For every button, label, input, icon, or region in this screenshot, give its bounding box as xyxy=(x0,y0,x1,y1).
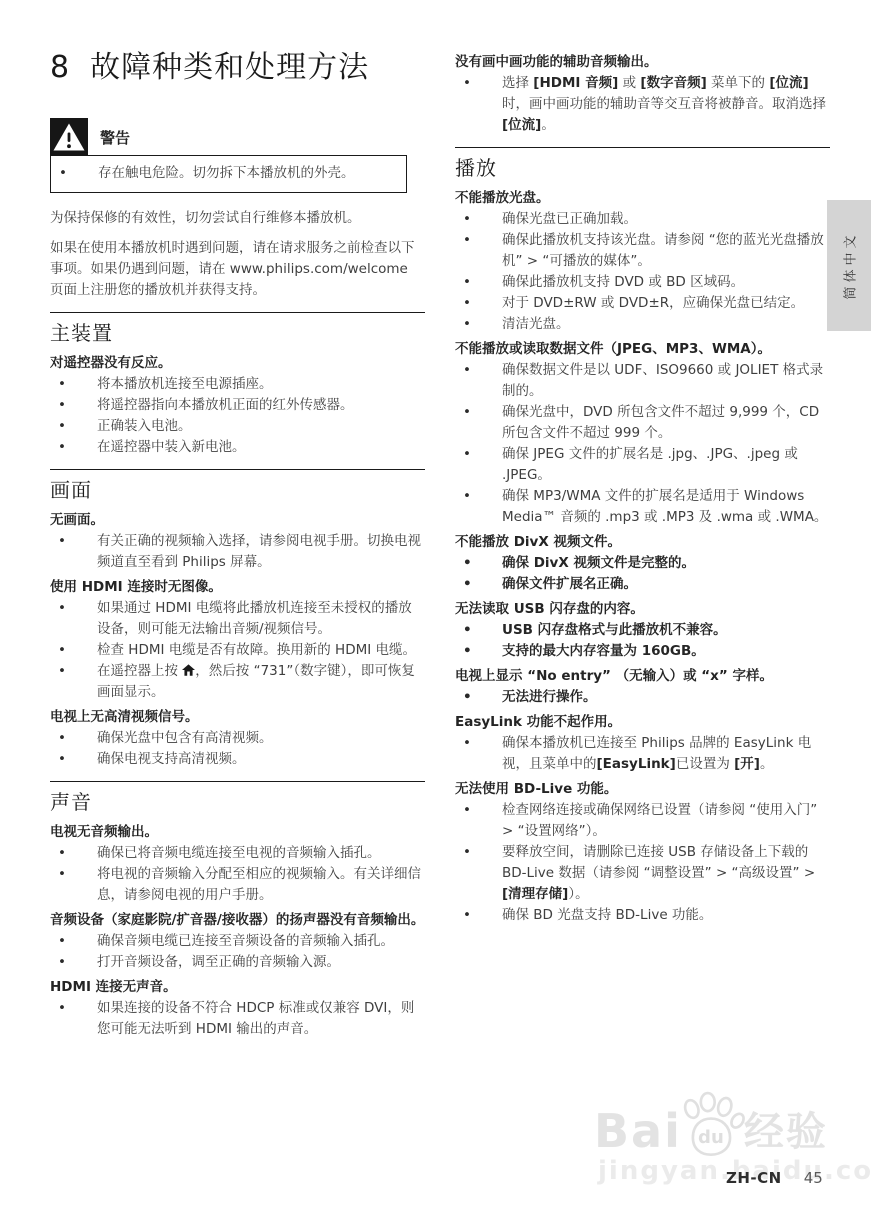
bullet-text: 将本播放机连接至电源插座。 xyxy=(97,376,273,392)
warning-box: 警告 • 存在触电危险。切勿拆下本播放机的外壳。 xyxy=(50,118,407,193)
solution-bullet: •无法进行操作。 xyxy=(455,687,830,708)
warning-item: • 存在触电危险。切勿拆下本播放机的外壳。 xyxy=(51,163,396,184)
warning-body: • 存在触电危险。切勿拆下本播放机的外壳。 xyxy=(50,155,407,193)
solution-bullet: •将电视的音频输入分配至相应的视频输入。有关详细信息，请参阅电视的用户手册。 xyxy=(50,864,425,906)
bullet-marker: • xyxy=(463,574,472,595)
solution-bullet: •如果连接的设备不符合 HDCP 标准或仅兼容 DVI，则您可能无法听到 HDM… xyxy=(50,998,425,1040)
bullet-text: 确保光盘中，DVD 所包含文件不超过 9,999 个，CD 所包含文件不超过 9… xyxy=(502,404,819,441)
bullet-marker: • xyxy=(463,733,471,754)
problem-statement: 无法读取 USB 闪存盘的内容。 xyxy=(455,599,830,620)
bullet-text: 检查网络连接或确保网络已设置（请参阅 “使用入门” > “设置网络”）。 xyxy=(502,802,817,839)
solution-bullet: •如果通过 HDMI 电缆将此播放机连接至未授权的播放设备，则可能无法输出音频/… xyxy=(50,598,425,640)
intro-paragraph: 如果在使用本播放机时遇到问题，请在请求服务之前检查以下事项。如果仍遇到问题，请在… xyxy=(50,238,425,301)
bullet-text: 确保 DivX 视频文件是完整的。 xyxy=(502,555,695,571)
bullet-marker: • xyxy=(58,374,66,395)
home-icon xyxy=(182,663,195,679)
solution-bullet: •有关正确的视频输入选择，请参阅电视手册。切换电视频道直至看到 Philips … xyxy=(50,531,425,573)
intro-paragraph: 为保持保修的有效性，切勿尝试自行维修本播放机。 xyxy=(50,208,425,229)
solution-bullet: •确保此播放机支持该光盘。请参阅 “您的蓝光光盘播放机” > “可播放的媒体”。 xyxy=(455,230,830,272)
solution-bullet: •确保数据文件是以 UDF、ISO9660 或 JOLIET 格式录制的。 xyxy=(455,360,830,402)
problem-statement: 使用 HDMI 连接时无图像。 xyxy=(50,577,425,598)
bullet-text: 确保此播放机支持该光盘。请参阅 “您的蓝光光盘播放机” > “可播放的媒体”。 xyxy=(502,232,824,269)
bullet-text: 有关正确的视频输入选择，请参阅电视手册。切换电视频道直至看到 Philips 屏… xyxy=(97,533,421,570)
warning-triangle-icon xyxy=(50,118,88,156)
solution-bullet: •要释放空间，请删除已连接 USB 存储设备上下载的 BD-Live 数据（请参… xyxy=(455,842,830,905)
bullet-text: 确保音频电缆已连接至音频设备的音频输入插孔。 xyxy=(97,933,394,949)
solution-bullet: •在遥控器中装入新电池。 xyxy=(50,437,425,458)
bullet-text: 支持的最大内存容量为 160GB。 xyxy=(502,643,705,659)
left-column-blocks: 主装置对遥控器没有反应。•将本播放机连接至电源插座。•将遥控器指向本播放机正面的… xyxy=(50,312,425,1040)
bullet-text: USB 闪存盘格式与此播放机不兼容。 xyxy=(502,622,727,638)
bullet-marker: • xyxy=(58,395,66,416)
solution-bullet: •检查 HDMI 电缆是否有故障。换用新的 HDMI 电缆。 xyxy=(50,640,425,661)
bullet-text: 确保电视支持高清视频。 xyxy=(97,751,246,767)
section-heading: 画面 xyxy=(50,469,425,503)
solution-bullet: •确保光盘中包含有高清视频。 xyxy=(50,728,425,749)
problem-statement: 没有画中画功能的辅助音频输出。 xyxy=(455,52,830,73)
problem-statement: 无法使用 BD-Live 功能。 xyxy=(455,779,830,800)
bullet-text: 如果连接的设备不符合 HDCP 标准或仅兼容 DVI，则您可能无法听到 HDMI… xyxy=(97,1000,414,1037)
solution-bullet: •确保音频电缆已连接至音频设备的音频输入插孔。 xyxy=(50,931,425,952)
problem-statement: 电视无音频输出。 xyxy=(50,822,425,843)
bullet-marker: • xyxy=(463,444,471,465)
solution-bullet: •将遥控器指向本播放机正面的红外传感器。 xyxy=(50,395,425,416)
solution-bullet: •确保此播放机支持 DVD 或 BD 区域码。 xyxy=(455,272,830,293)
solution-bullet: •打开音频设备，调至正确的音频输入源。 xyxy=(50,952,425,973)
bullet-text: 将遥控器指向本播放机正面的红外传感器。 xyxy=(97,397,354,413)
problem-statement: 不能播放或读取数据文件（JPEG、MP3、WMA）。 xyxy=(455,339,830,360)
bullet-text: 确保已将音频电缆连接至电视的音频输入插孔。 xyxy=(97,845,381,861)
solution-bullet: •确保已将音频电缆连接至电视的音频输入插孔。 xyxy=(50,843,425,864)
warning-header: 警告 xyxy=(50,118,407,156)
language-tab-label: 简体中文 xyxy=(840,231,859,299)
bullet-text: 确保光盘中包含有高清视频。 xyxy=(97,730,273,746)
bullet-marker: • xyxy=(58,952,66,973)
warning-item-text: 存在触电危险。切勿拆下本播放机的外壳。 xyxy=(98,165,355,181)
bullet-marker: • xyxy=(58,931,66,952)
bullet-text: 在遥控器中装入新电池。 xyxy=(97,439,246,455)
bullet-marker: • xyxy=(463,73,471,94)
bullet-text: 确保本播放机已连接至 Philips 品牌的 EasyLink 电视，且菜单中的… xyxy=(502,735,811,772)
bullet-marker: • xyxy=(463,272,471,293)
chapter-title: 故障种类和处理方法 xyxy=(90,48,369,88)
section-heading: 播放 xyxy=(455,147,830,181)
svg-text:du: du xyxy=(698,1127,724,1148)
bullet-marker: • xyxy=(463,360,471,381)
bullet-marker: • xyxy=(463,293,471,314)
bullet-text: 确保数据文件是以 UDF、ISO9660 或 JOLIET 格式录制的。 xyxy=(502,362,823,399)
right-column-blocks: 没有画中画功能的辅助音频输出。•选择 [HDMI 音频] 或 [数字音频] 菜单… xyxy=(455,52,830,926)
bullet-marker: • xyxy=(463,486,471,507)
problem-statement: 电视上显示 “No entry” （无输入）或 “x” 字样。 xyxy=(455,666,830,687)
bullet-text: 确保文件扩展名正确。 xyxy=(502,576,637,592)
page-footer: ZH-CN 45 xyxy=(726,1169,823,1187)
bullet-marker: • xyxy=(58,843,66,864)
paw-icon: du xyxy=(678,1090,746,1162)
bullet-marker: • xyxy=(58,728,66,749)
solution-bullet: •USB 闪存盘格式与此播放机不兼容。 xyxy=(455,620,830,641)
bullet-text: 确保光盘已正确加载。 xyxy=(502,211,637,227)
bullet-marker: • xyxy=(463,314,471,335)
solution-bullet: •对于 DVD±RW 或 DVD±R，应确保光盘已结定。 xyxy=(455,293,830,314)
problem-statement: 音频设备（家庭影院/扩音器/接收器）的扬声器没有音频输出。 xyxy=(50,910,425,931)
solution-bullet: •确保 DivX 视频文件是完整的。 xyxy=(455,553,830,574)
solution-bullet: •将本播放机连接至电源插座。 xyxy=(50,374,425,395)
manual-page: 8 故障种类和处理方法 警告 • 存在触电危险。切勿拆下本播放机的 xyxy=(0,0,871,1230)
bullet-marker: • xyxy=(58,998,66,1019)
solution-bullet: •确保文件扩展名正确。 xyxy=(455,574,830,595)
bullet-marker: • xyxy=(58,749,66,770)
watermark-brand-left: Bai xyxy=(594,1108,682,1154)
solution-bullet: •确保光盘中，DVD 所包含文件不超过 9,999 个，CD 所包含文件不超过 … xyxy=(455,402,830,444)
warning-label: 警告 xyxy=(100,127,130,148)
problem-statement: 不能播放光盘。 xyxy=(455,188,830,209)
bullet-text: 要释放空间，请删除已连接 USB 存储设备上下载的 BD-Live 数据（请参阅… xyxy=(502,844,815,902)
problem-statement: 电视上无高清视频信号。 xyxy=(50,707,425,728)
bullet-text: 将电视的音频输入分配至相应的视频输入。有关详细信息，请参阅电视的用户手册。 xyxy=(97,866,421,903)
bullet-text: 对于 DVD±RW 或 DVD±R，应确保光盘已结定。 xyxy=(502,295,804,311)
chapter-number: 8 xyxy=(50,48,70,88)
problem-statement: EasyLink 功能不起作用。 xyxy=(455,712,830,733)
bullet-marker: • xyxy=(463,553,472,574)
solution-bullet: •选择 [HDMI 音频] 或 [数字音频] 菜单下的 [位流] 时，画中画功能… xyxy=(455,73,830,136)
bullet-marker: • xyxy=(463,209,471,230)
section-heading: 声音 xyxy=(50,781,425,815)
bullet-text: 清洁光盘。 xyxy=(502,316,570,332)
section-heading: 主装置 xyxy=(50,312,425,346)
footer-locale: ZH-CN xyxy=(726,1169,782,1187)
solution-bullet: •正确装入电池。 xyxy=(50,416,425,437)
bullet-marker: • xyxy=(463,687,472,708)
bullet-marker: • xyxy=(58,640,66,661)
left-column: 8 故障种类和处理方法 警告 • 存在触电危险。切勿拆下本播放机的 xyxy=(50,48,425,1230)
solution-bullet: •支持的最大内存容量为 160GB。 xyxy=(455,641,830,662)
solution-bullet: •在遥控器上按 ，然后按 “731”（数字键），即可恢复画面显示。 xyxy=(50,661,425,703)
language-tab: 简体中文 xyxy=(827,200,871,331)
bullet-marker: • xyxy=(463,842,471,863)
solution-bullet: •清洁光盘。 xyxy=(455,314,830,335)
bullet-text: 检查 HDMI 电缆是否有故障。换用新的 HDMI 电缆。 xyxy=(97,642,416,658)
right-column: 没有画中画功能的辅助音频输出。•选择 [HDMI 音频] 或 [数字音频] 菜单… xyxy=(455,48,830,1230)
problem-statement: HDMI 连接无声音。 xyxy=(50,977,425,998)
bullet-text: 在遥控器上按 ，然后按 “731”（数字键），即可恢复画面显示。 xyxy=(97,663,415,700)
bullet-marker: • xyxy=(59,163,67,184)
solution-bullet: •确保电视支持高清视频。 xyxy=(50,749,425,770)
bullet-text: 正确装入电池。 xyxy=(97,418,192,434)
bullet-marker: • xyxy=(58,661,66,682)
bullet-marker: • xyxy=(58,437,66,458)
bullet-marker: • xyxy=(58,598,66,619)
solution-bullet: •确保本播放机已连接至 Philips 品牌的 EasyLink 电视，且菜单中… xyxy=(455,733,830,775)
bullet-marker: • xyxy=(463,620,472,641)
bullet-marker: • xyxy=(58,531,66,552)
bullet-marker: • xyxy=(463,402,471,423)
bullet-text: 确保 BD 光盘支持 BD-Live 功能。 xyxy=(502,907,712,923)
watermark-brand-row: Bai du 经验 xyxy=(594,1090,871,1154)
problem-statement: 无画面。 xyxy=(50,510,425,531)
bullet-text: 选择 [HDMI 音频] 或 [数字音频] 菜单下的 [位流] 时，画中画功能的… xyxy=(502,75,826,133)
bullet-marker: • xyxy=(463,641,472,662)
bullet-text: 确保此播放机支持 DVD 或 BD 区域码。 xyxy=(502,274,744,290)
solution-bullet: •确保光盘已正确加载。 xyxy=(455,209,830,230)
bullet-marker: • xyxy=(58,416,66,437)
chapter-heading: 8 故障种类和处理方法 xyxy=(50,48,425,88)
bullet-text: 打开音频设备，调至正确的音频输入源。 xyxy=(97,954,340,970)
footer-page-number: 45 xyxy=(804,1169,823,1187)
bullet-marker: • xyxy=(58,864,66,885)
bullet-text: 确保 MP3/WMA 文件的扩展名是适用于 Windows Media™ 音频的… xyxy=(502,488,827,525)
bullet-marker: • xyxy=(463,800,471,821)
bullet-text: 无法进行操作。 xyxy=(502,689,597,705)
solution-bullet: •确保 BD 光盘支持 BD-Live 功能。 xyxy=(455,905,830,926)
problem-statement: 对遥控器没有反应。 xyxy=(50,353,425,374)
bullet-marker: • xyxy=(463,905,471,926)
solution-bullet: •确保 MP3/WMA 文件的扩展名是适用于 Windows Media™ 音频… xyxy=(455,486,830,528)
solution-bullet: •确保 JPEG 文件的扩展名是 .jpg、.JPG、.jpeg 或 .JPEG… xyxy=(455,444,830,486)
bullet-text: 确保 JPEG 文件的扩展名是 .jpg、.JPG、.jpeg 或 .JPEG。 xyxy=(502,446,798,483)
problem-statement: 不能播放 DivX 视频文件。 xyxy=(455,532,830,553)
bullet-marker: • xyxy=(463,230,471,251)
solution-bullet: •检查网络连接或确保网络已设置（请参阅 “使用入门” > “设置网络”）。 xyxy=(455,800,830,842)
bullet-text: 如果通过 HDMI 电缆将此播放机连接至未授权的播放设备，则可能无法输出音频/视… xyxy=(97,600,412,637)
watermark-brand-right: 经验 xyxy=(744,1112,828,1152)
